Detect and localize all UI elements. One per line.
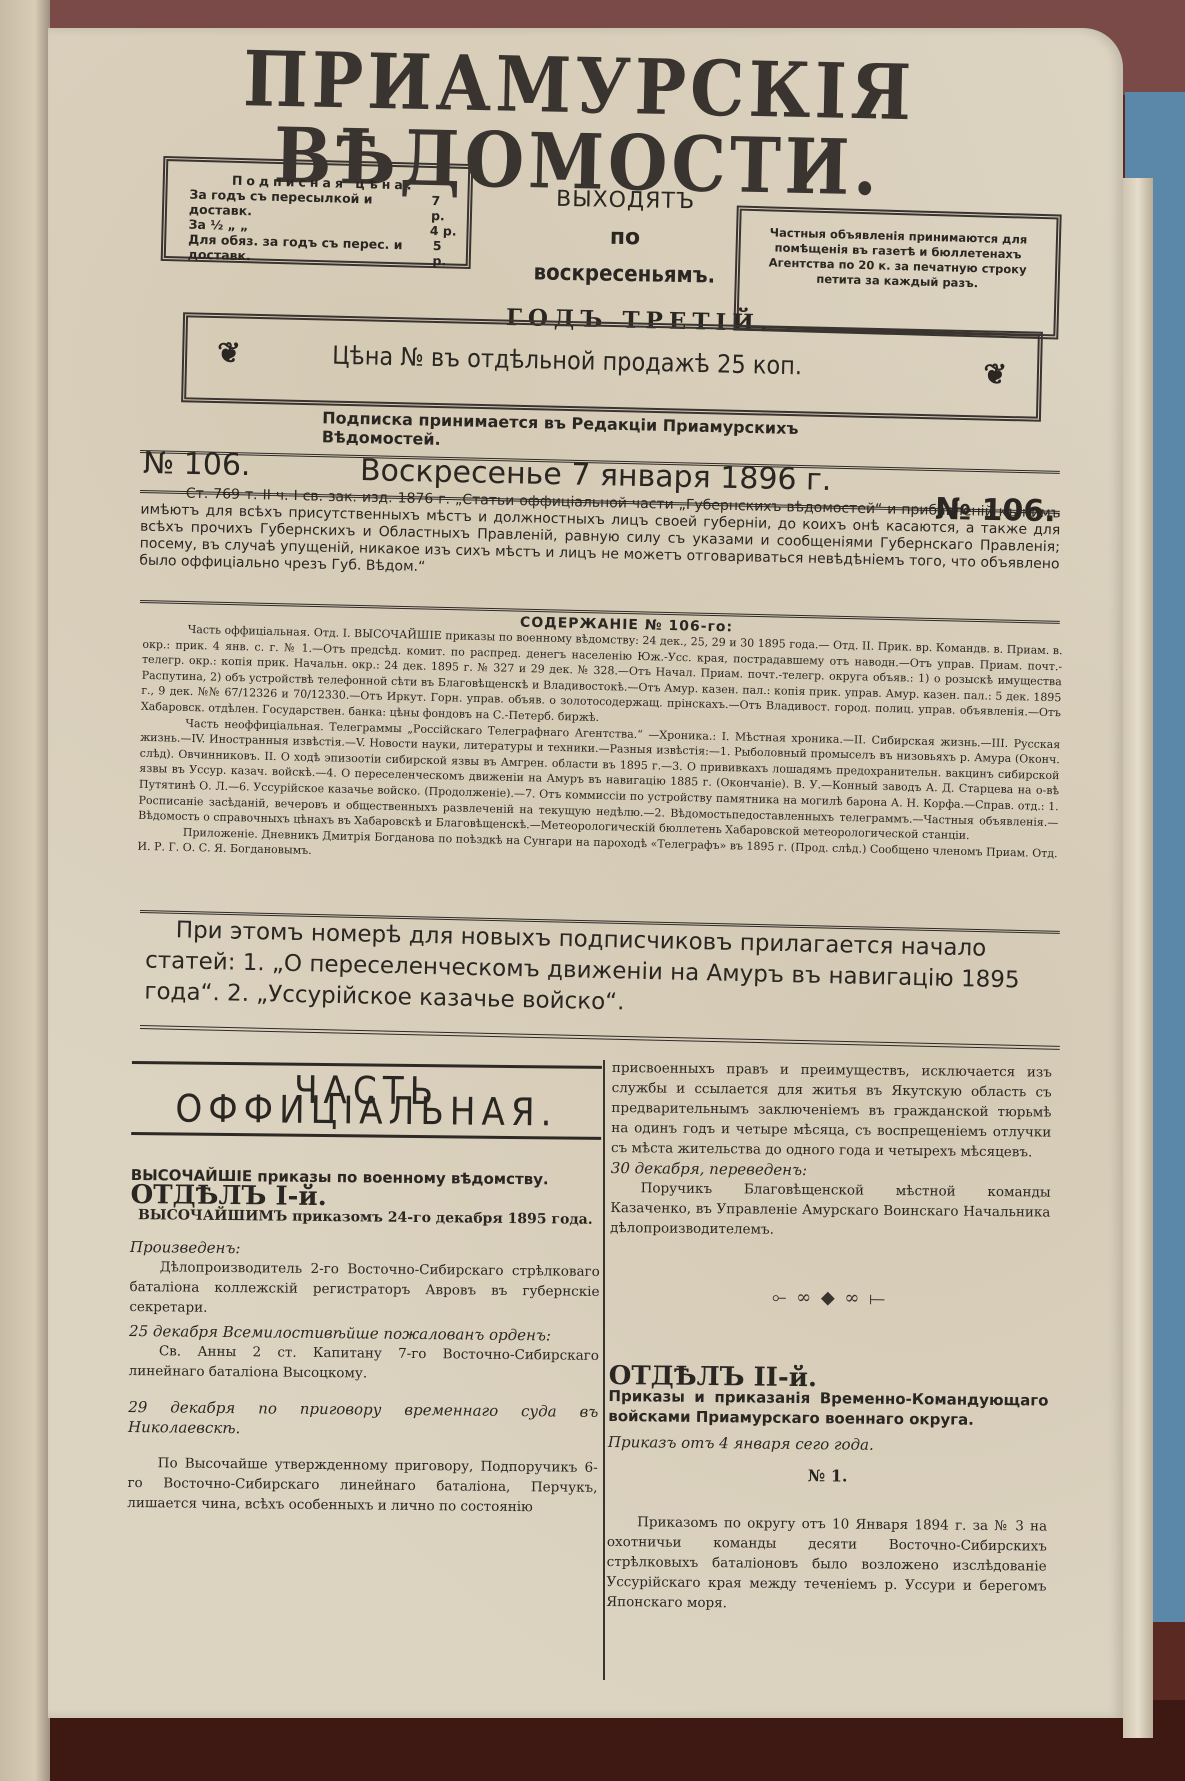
- table-of-contents: Часть оффиціальная. Отд. I. ВЫСОЧАЙШІЕ п…: [137, 621, 1062, 877]
- left-column: ЧАСТЬ ОФФИЦІАЛЬНАЯ. ВЫСОЧАЙШІЕ приказы п…: [127, 1055, 602, 1518]
- ornament-icon: ❦: [217, 336, 241, 370]
- order-date: Приказъ отъ 4 января сего года.: [608, 1432, 1048, 1457]
- continued-text: присвоенныхъ правъ и преимуществъ, исклю…: [611, 1058, 1052, 1163]
- court-text: По Высочайше утвержденному приговору, По…: [127, 1453, 598, 1518]
- column-divider: [603, 1060, 605, 1680]
- order-text: Приказомъ по округу отъ 10 Января 1894 г…: [606, 1512, 1047, 1617]
- single-copy-price: Цѣна № въ отдѣльной продажѣ 25 коп.: [332, 341, 803, 381]
- promoted-text: Дѣлопроизводитель 2-го Восточно-Сибирска…: [129, 1257, 600, 1322]
- right-column: присвоенныхъ правъ и преимуществъ, исклю…: [606, 1058, 1052, 1617]
- facing-page-edge: [0, 0, 50, 1781]
- ornament-icon: ❦: [983, 357, 1007, 391]
- ornament-divider-icon: ⟜ ∞ ◆ ∞ ⟝: [609, 1286, 1049, 1311]
- awarded-text: Св. Анны 2 ст. Капитану 7-го Восточно-Си…: [129, 1341, 599, 1386]
- section-title: ЧАСТЬ ОФФИЦІАЛЬНАЯ.: [131, 1061, 602, 1140]
- order-number: № 1.: [608, 1464, 1048, 1489]
- publication-schedule: ВЫХОДЯТЪ по воскресеньямъ.: [519, 186, 731, 289]
- schedule-line-1: ВЫХОДЯТЪ: [520, 186, 730, 215]
- court-heading: 29 декабря по приговору временнаго суда …: [128, 1397, 598, 1442]
- page-stack-edge: [1123, 178, 1153, 1738]
- order-heading: ВЫСОЧАЙШИМЪ приказомъ 24-го декабря 1895…: [130, 1205, 600, 1230]
- schedule-line-3: воскресеньямъ.: [519, 260, 729, 289]
- price-label: За ½ „ „: [188, 217, 248, 234]
- price-label: Для обяз. за годъ съ перес. и доставк.: [188, 232, 433, 268]
- issue-number-left: № 106.: [143, 446, 251, 483]
- transfer-text: Поручикъ Благовѣщенской мѣстной команды …: [610, 1178, 1051, 1243]
- price-value: 5 р.: [432, 238, 456, 269]
- orders-heading: Приказы и приказанія Временно-Командующа…: [608, 1386, 1048, 1431]
- price-value: 7 р.: [431, 193, 458, 224]
- ads-price-text: Частныя объявленія принимаются для помѣщ…: [740, 211, 1057, 294]
- price-value: 4 р.: [430, 223, 457, 239]
- schedule-line-2: по: [520, 223, 730, 252]
- subscription-price-box: Подписная цѣна. За годъ съ пересылкой и …: [161, 156, 474, 269]
